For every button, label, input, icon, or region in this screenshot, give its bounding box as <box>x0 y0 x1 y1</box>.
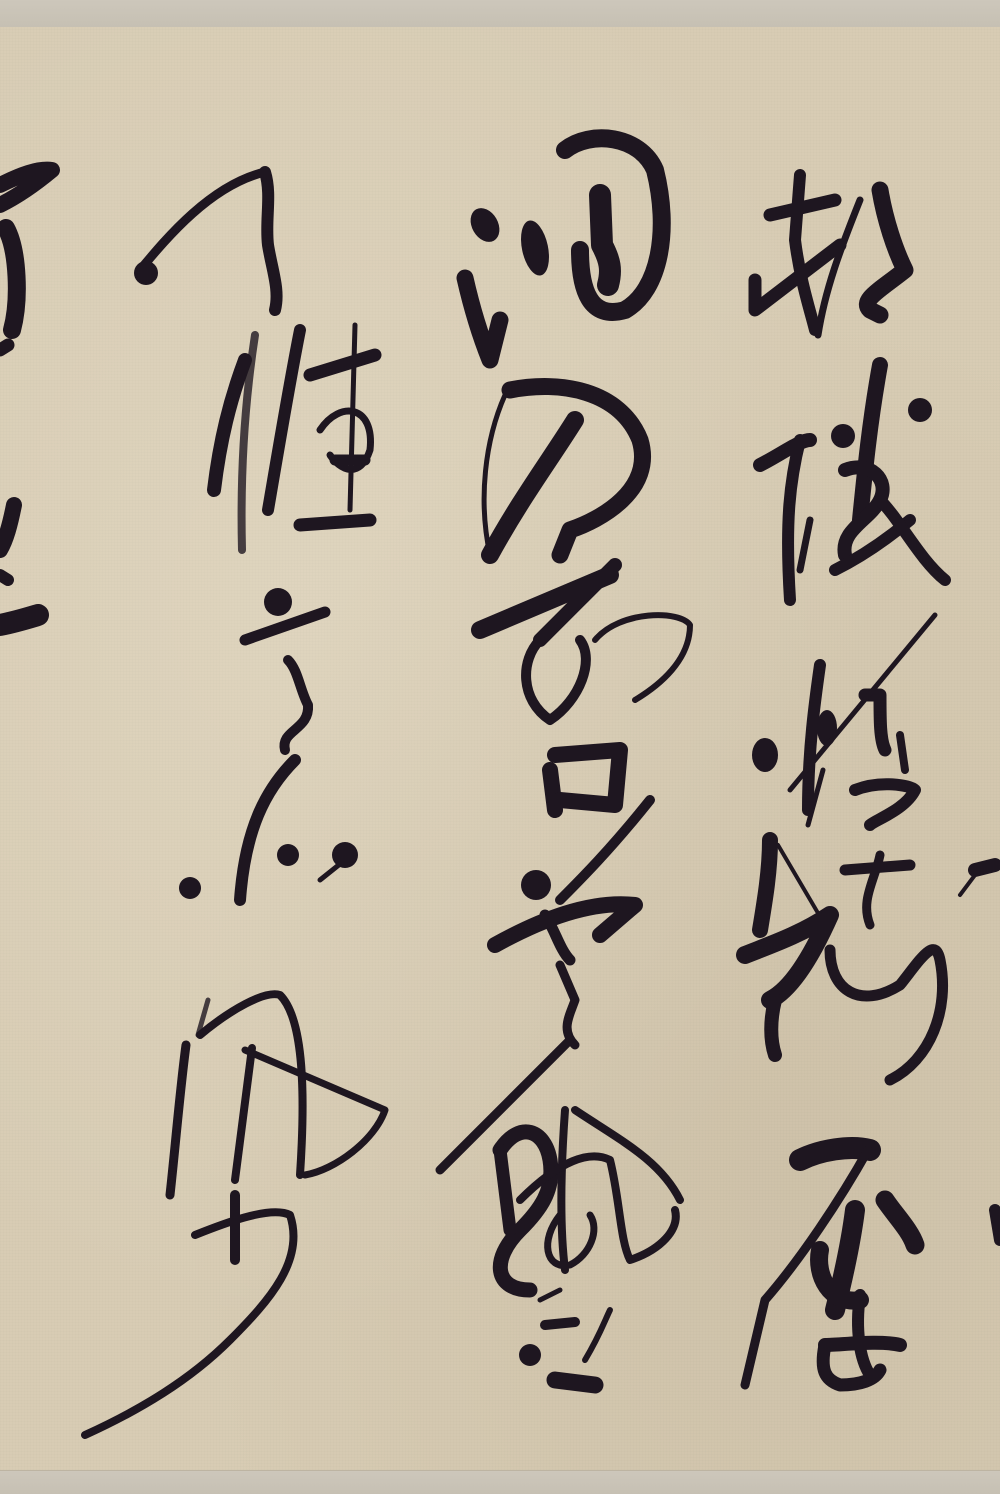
character-R4 <box>745 840 943 1080</box>
ink-strokes <box>0 0 1000 1494</box>
character-M2 <box>484 387 642 555</box>
character-L3 <box>179 588 358 900</box>
column-far-left <box>0 170 52 625</box>
character-R2 <box>760 365 945 600</box>
character-R1 <box>755 175 905 335</box>
column-left <box>85 172 385 1435</box>
character-R5 <box>745 1148 915 1385</box>
character-M5 <box>440 1040 680 1385</box>
character-L4 <box>85 994 385 1435</box>
column-right <box>745 175 1000 1385</box>
calligraphy-scroll <box>0 0 1000 1494</box>
column-middle <box>440 138 690 1385</box>
character-L1 <box>134 172 277 310</box>
character-M3 <box>480 565 690 900</box>
character-R3 <box>752 615 935 825</box>
edge-marks <box>960 865 1000 1240</box>
character-L2 <box>214 325 375 550</box>
character-M1 <box>465 138 662 360</box>
